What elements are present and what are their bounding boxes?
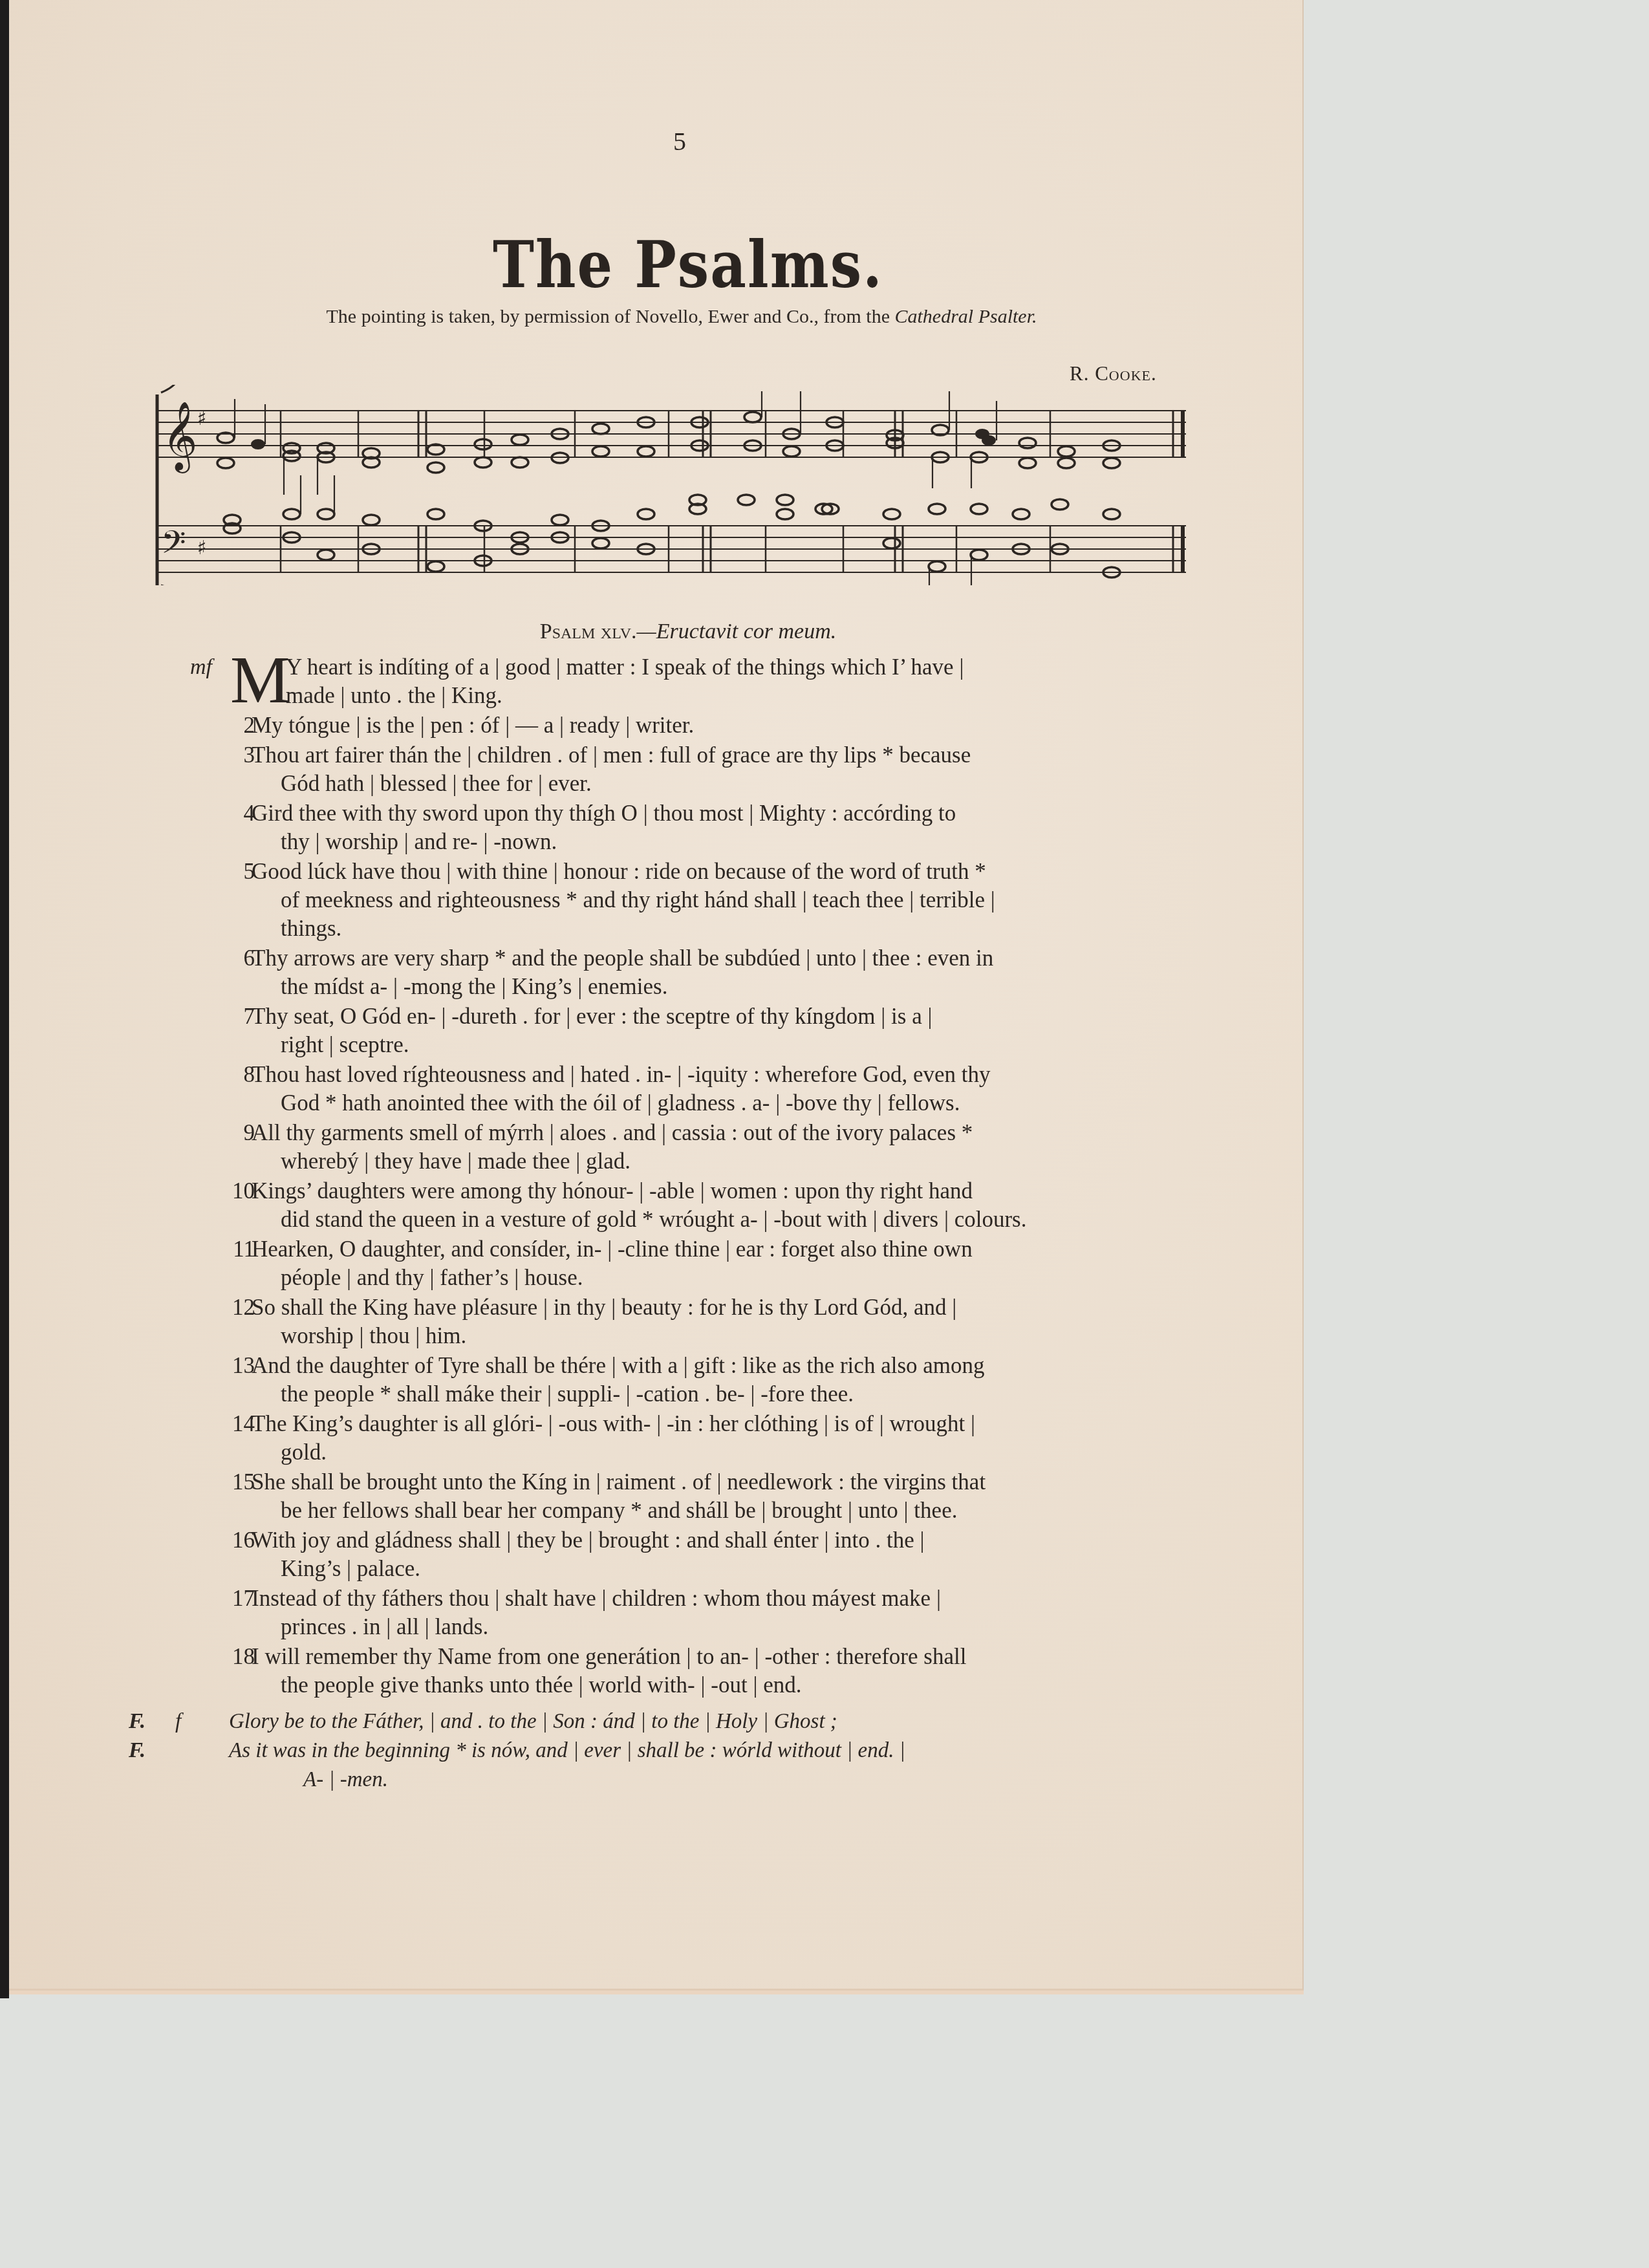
verse-line: thy | worship | and re- | -nown. xyxy=(252,828,1192,856)
gloria-patri: F. f Glory be to the Fáther, | and . to … xyxy=(129,1707,1196,1795)
verse-line: worship | thou | him. xyxy=(252,1322,1192,1350)
dynamic-marking: f xyxy=(175,1707,181,1736)
verse-line: King’s | palace. xyxy=(252,1555,1192,1583)
verse-1: mf M Y heart is indíting of a | good | m… xyxy=(190,653,1192,710)
psalm-verses: mf M Y heart is indíting of a | good | m… xyxy=(190,653,1192,1701)
verse-14: 14 The King’s daughter is all glóri- | -… xyxy=(190,1410,1192,1467)
verse-line: Thy arrows are very sharp * and the peop… xyxy=(252,945,993,971)
psalm-heading: Psalm xlv.—Eructavit cor meum. xyxy=(9,620,1367,644)
verse-line: be her fellows shall bear her company * … xyxy=(252,1496,1192,1525)
verse-8: 8 Thou hast loved ríghteousness and | ha… xyxy=(190,1061,1192,1118)
verse-number: 16 xyxy=(210,1526,255,1555)
verse-line: Y heart is indíting of a | good | matter… xyxy=(286,654,964,680)
verse-number: 9 xyxy=(222,1119,255,1147)
doxology-line-1: F. f Glory be to the Fáther, | and . to … xyxy=(129,1707,1196,1736)
full-choir-mark: F. xyxy=(129,1707,145,1736)
book-spine-shadow xyxy=(0,0,9,1998)
verse-line: A- | -men. xyxy=(229,1766,1196,1795)
verse-12: 12 So shall the King have pléasure | in … xyxy=(190,1293,1192,1350)
verse-10: 10 Kings’ daughters were among thy hónou… xyxy=(190,1177,1192,1234)
verse-number: 7 xyxy=(222,1002,255,1031)
scanned-page: 5 The Psalms. The pointing is taken, by … xyxy=(9,0,1304,1991)
verse-line: made | unto . the | King. xyxy=(286,682,1192,710)
verse-line: péople | and thy | father’s | house. xyxy=(252,1264,1192,1292)
verse-number: 10 xyxy=(210,1177,255,1205)
verse-number: 14 xyxy=(210,1410,255,1438)
verse-line: gold. xyxy=(252,1438,1192,1467)
verse-number: 11 xyxy=(210,1235,255,1264)
verse-line: Good lúck have thou | with thine | honou… xyxy=(252,859,986,884)
composer-credit: R. Cooke. xyxy=(1070,362,1157,385)
drop-cap: M xyxy=(230,651,290,710)
dynamic-marking: mf xyxy=(190,653,212,682)
verse-line: And the daughter of Tyre shall be thére … xyxy=(252,1353,985,1378)
svg-text:𝄢: 𝄢 xyxy=(161,524,186,569)
verse-line: the people give thanks unto thée | world… xyxy=(252,1671,1192,1700)
verse-line: wherebý | they have | made thee | glad. xyxy=(252,1147,1192,1176)
verse-line: things. xyxy=(252,914,1192,943)
verse-line: God * hath anointed thee with the óil of… xyxy=(252,1089,1192,1118)
permission-text: The pointing is taken, by permission of … xyxy=(326,306,894,327)
verse-5: 5 Good lúck have thou | with thine | hon… xyxy=(190,858,1192,943)
verse-line: With joy and gládness shall | they be | … xyxy=(252,1528,924,1553)
psalm-number: Psalm xlv. xyxy=(540,620,637,643)
verse-17: 17 Instead of thy fáthers thou | shalt h… xyxy=(190,1584,1192,1641)
verse-line: My tóngue | is the | pen : óf | — a | re… xyxy=(252,713,694,738)
verse-16: 16 With joy and gládness shall | they be… xyxy=(190,1526,1192,1583)
verse-line: Glory be to the Fáther, | and . to the |… xyxy=(229,1710,837,1733)
verse-4: 4 Gird thee with thy sword upon thy thíg… xyxy=(190,799,1192,856)
verse-2: 2 My tóngue | is the | pen : óf | — a | … xyxy=(190,711,1192,740)
verse-line: the mídst a- | -mong the | King’s | enem… xyxy=(252,973,1192,1001)
verse-line: of meekness and righteousness * and thy … xyxy=(252,886,1192,914)
verse-number: 18 xyxy=(210,1643,255,1671)
doxology-line-2: F. As it was in the beginning * is nów, … xyxy=(129,1736,1196,1795)
verse-line: Thou art fairer thán the | children . of… xyxy=(252,742,971,768)
verse-line: princes . in | all | lands. xyxy=(252,1613,1192,1641)
verse-9: 9 All thy garments smell of mýrrh | aloe… xyxy=(190,1119,1192,1176)
music-staff-icon: 𝄞 𝄢 ♯ ♯ xyxy=(148,385,1196,585)
full-choir-mark: F. xyxy=(129,1736,145,1766)
verse-number: 4 xyxy=(222,799,255,828)
svg-text:♯: ♯ xyxy=(197,407,207,430)
verse-6: 6 Thy arrows are very sharp * and the pe… xyxy=(190,944,1192,1001)
verse-line: She shall be brought unto the Kíng in | … xyxy=(252,1469,986,1495)
psalm-latin-incipit: —Eructavit cor meum. xyxy=(636,620,836,643)
verse-number: 2 xyxy=(222,711,255,740)
verse-number: 17 xyxy=(210,1584,255,1613)
permission-source: Cathedral Psalter. xyxy=(895,306,1037,327)
chant-score: 𝄞 𝄢 ♯ ♯ xyxy=(148,385,1196,585)
verse-number: 12 xyxy=(210,1293,255,1322)
verse-number: 3 xyxy=(222,741,255,770)
verse-line: Gód hath | blessed | thee for | ever. xyxy=(252,770,1192,798)
page-number: 5 xyxy=(673,126,686,157)
verse-number: 5 xyxy=(222,858,255,886)
verse-number: 15 xyxy=(210,1468,255,1496)
verse-15: 15 She shall be brought unto the Kíng in… xyxy=(190,1468,1192,1525)
page-title: The Psalms. xyxy=(9,228,1367,303)
verse-line: the people * shall máke their | suppli- … xyxy=(252,1380,1192,1409)
verse-line: Thy seat, O Gód en- | -dureth . for | ev… xyxy=(252,1004,932,1029)
verse-13: 13 And the daughter of Tyre shall be thé… xyxy=(190,1352,1192,1409)
verse-line: All thy garments smell of mýrrh | aloes … xyxy=(252,1120,973,1145)
verse-line: Hearken, O daughter, and consíder, in- |… xyxy=(252,1237,973,1262)
verse-number: 6 xyxy=(222,944,255,973)
verse-11: 11 Hearken, O daughter, and consíder, in… xyxy=(190,1235,1192,1292)
verse-3: 3 Thou art fairer thán the | children . … xyxy=(190,741,1192,798)
verse-line: Thou hast loved ríghteousness and | hate… xyxy=(252,1062,991,1087)
verse-line: right | sceptre. xyxy=(252,1031,1192,1059)
verse-line: The King’s daughter is all glóri- | -ous… xyxy=(252,1411,975,1436)
verse-7: 7 Thy seat, O Gód en- | -dureth . for | … xyxy=(190,1002,1192,1059)
svg-text:𝄞: 𝄞 xyxy=(162,401,197,473)
verse-line: Instead of thy fáthers thou | shalt have… xyxy=(252,1586,941,1611)
verse-line: did stand the queen in a vesture of gold… xyxy=(252,1205,1192,1234)
verse-line: Gird thee with thy sword upon thy thígh … xyxy=(252,801,956,826)
permission-note: The pointing is taken, by permission of … xyxy=(9,306,1354,328)
verse-line: I will remember thy Name from one generá… xyxy=(252,1644,966,1669)
verse-18: 18 I will remember thy Name from one gen… xyxy=(190,1643,1192,1700)
verse-line: Kings’ daughters were among thy hónour- … xyxy=(252,1178,973,1204)
verse-line: So shall the King have pléasure | in thy… xyxy=(252,1295,956,1320)
verse-line: As it was in the beginning * is nów, and… xyxy=(229,1739,905,1762)
verse-number: 13 xyxy=(210,1352,255,1380)
verse-number: 8 xyxy=(222,1061,255,1089)
svg-text:♯: ♯ xyxy=(197,537,207,559)
